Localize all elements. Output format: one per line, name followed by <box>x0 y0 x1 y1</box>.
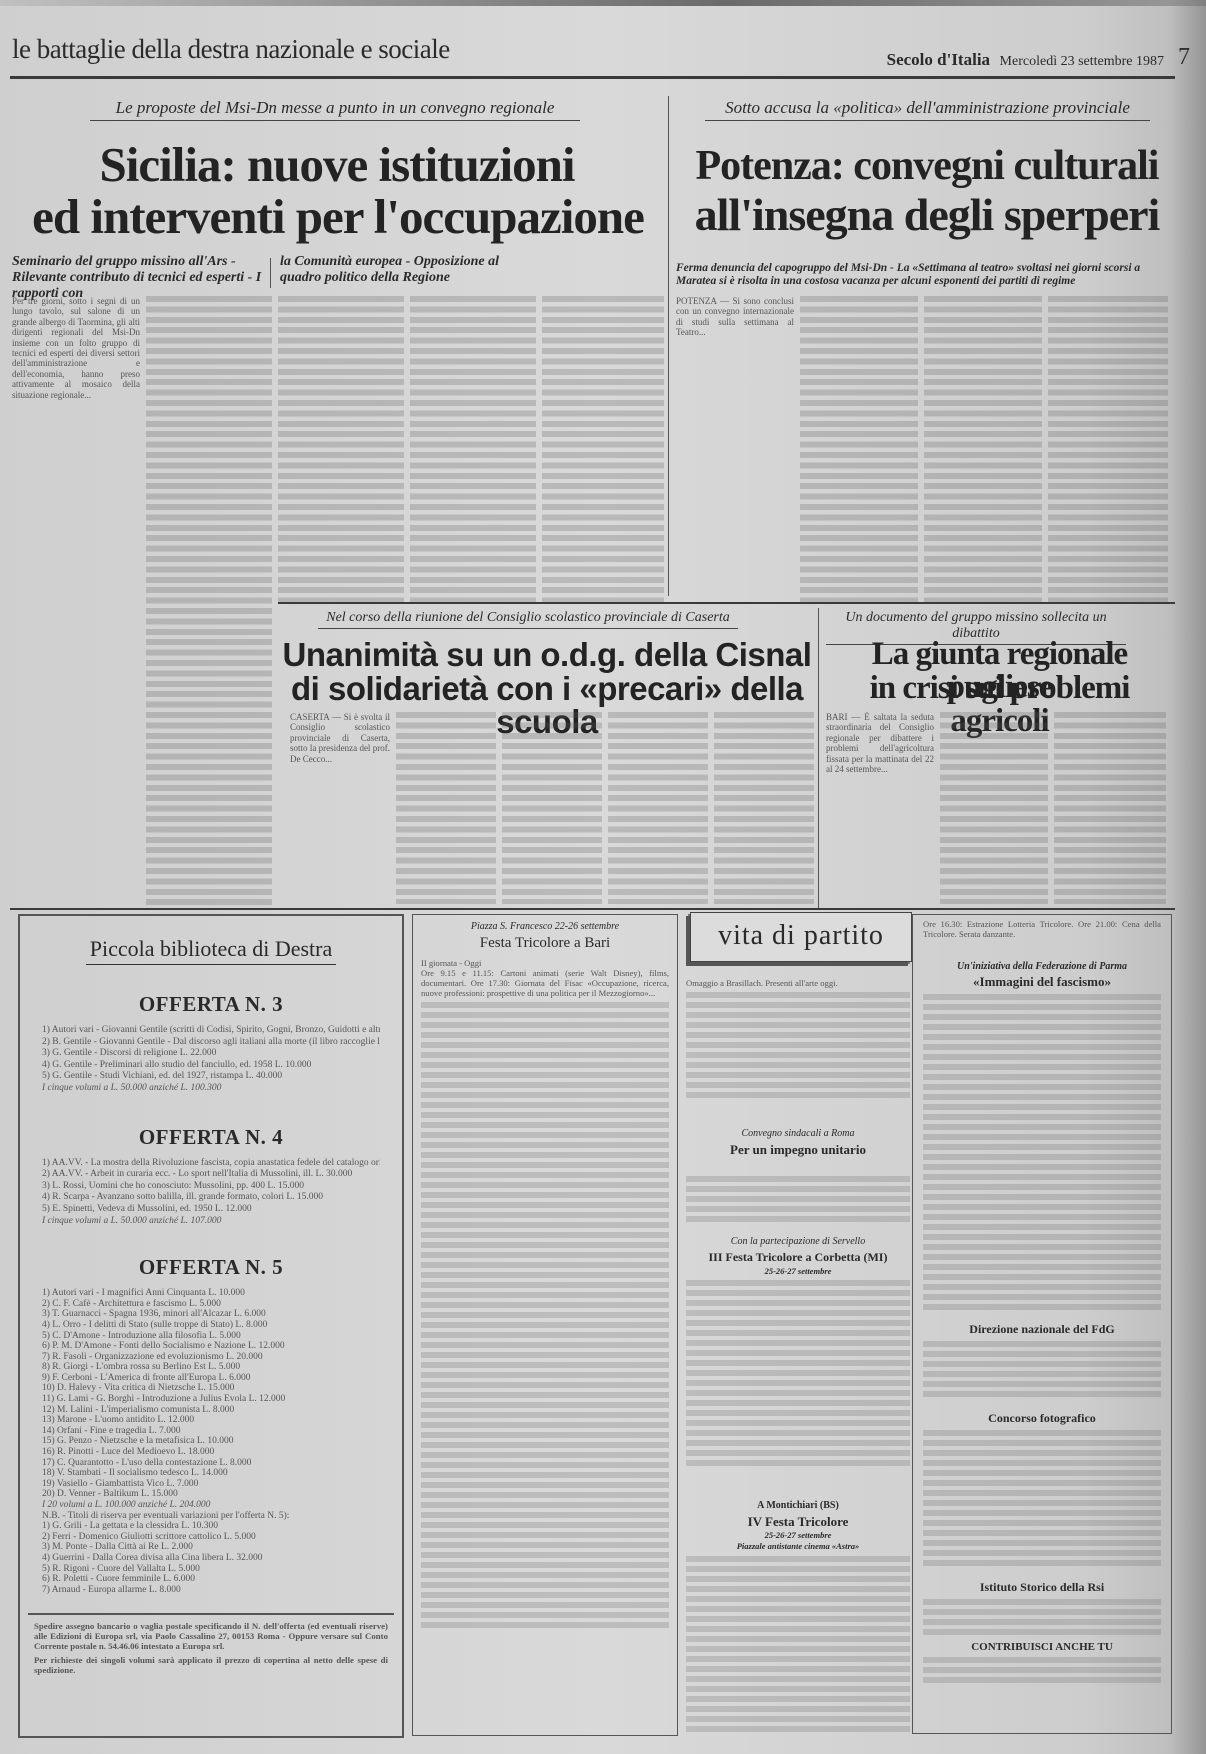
page-edge-shadow <box>1170 0 1206 1754</box>
vdp-notice-body <box>686 992 910 1102</box>
potenza-body-col-1: POTENZA — Si sono conclusi con un conveg… <box>676 296 794 606</box>
festa-bari-day-1: II giornata - Oggi <box>413 958 677 968</box>
corbetta-body <box>686 1280 910 1470</box>
istituto-body <box>923 1599 1161 1635</box>
potenza-headline-1: Potenza: convegni culturali <box>672 145 1182 187</box>
offer-3-item: 4) G. Gentile - Preliminari allo studio … <box>42 1060 380 1072</box>
offer-4-item: 1) AA.VV. - La mostra della Rivoluzione … <box>42 1158 380 1170</box>
biblioteca-title: Piccola biblioteca di Destra <box>86 936 337 965</box>
offer-5-item: 4) L. Orro - I delitti di Stato (sulle t… <box>42 1320 380 1331</box>
offer-5-item: 16) R. Pinotti - Luce del Medioevo L. 18… <box>42 1447 380 1458</box>
offer-5-item: 15) G. Penzo - Nietzsche e la metafisica… <box>42 1436 380 1447</box>
right-top-lines: Ore 16.30: Estrazione Lotteria Tricolore… <box>913 915 1171 943</box>
festa-bari-title: Festa Tricolore a Bari <box>413 935 677 952</box>
offer-4-item: 3) L. Rossi, Uomini che ho conosciuto: M… <box>42 1181 380 1193</box>
sicilia-body-col-5 <box>542 296 664 606</box>
contribuisci-title: CONTRIBUISCI ANCHE TU <box>913 1641 1171 1653</box>
offer-5-item: 8) R. Giorgi - L'ombra rossa su Berlino … <box>42 1362 380 1373</box>
puglia-body-col-1: BARI — È saltata la seduta straordinaria… <box>826 712 934 904</box>
parma-kicker: Un'iniziativa della Federazione di Parma <box>913 961 1171 972</box>
offer-5: OFFERTA N. 5 1) Autori vari - I magnific… <box>20 1255 402 1595</box>
vdp-notice: Omaggio a Brasillach. Presenti all'arte … <box>686 978 910 988</box>
offer-3: OFFERTA N. 3 1) Autori vari - Giovanni G… <box>20 992 402 1095</box>
corbetta-kicker: Con la partecipazione di Servello <box>686 1236 910 1247</box>
potenza-body-col-4 <box>1048 296 1168 606</box>
sicilia-headline-2: ed interventi per l'occupazione <box>8 192 668 241</box>
offer-5-item: 12) M. Lalini - L'imperialismo comunista… <box>42 1405 380 1416</box>
caserta-body-col-5 <box>714 712 814 904</box>
offer-5-item: 10) D. Halevy - Vita critica di Nietzsch… <box>42 1383 380 1394</box>
newspaper-name: Secolo d'Italia <box>887 50 990 69</box>
offer-3-item: 2) B. Gentile - Giovanni Gentile - Dal d… <box>42 1037 380 1049</box>
page-top-edge <box>0 0 1206 6</box>
offer-5-title: OFFERTA N. 5 <box>20 1255 402 1280</box>
masthead-rule <box>10 76 1175 79</box>
contribuisci-body <box>923 1657 1161 1687</box>
bonus-item: 6) R. Poletti - Cuore femminile L. 6.000 <box>42 1574 380 1585</box>
sicilia-body-col-1: Per tre giorni, sotto i segni di un lung… <box>12 296 140 906</box>
offer-4: OFFERTA N. 4 1) AA.VV. - La mostra della… <box>20 1125 402 1228</box>
bonus-intro: N.B. - Titoli di riserva per eventuali v… <box>42 1511 380 1522</box>
sicilia-deck-left: Seminario del gruppo missino all'Ars - R… <box>12 254 267 302</box>
offer-5-item: 9) F. Cerboni - L'America di fronte all'… <box>42 1373 380 1384</box>
montichiari-title: IV Festa Tricolore <box>686 1514 910 1530</box>
festa-bari-box: Piazza S. Francesco 22-26 settembre Fest… <box>412 914 678 1736</box>
concorso-title: Concorso fotografico <box>913 1411 1171 1426</box>
caserta-kicker: Nel corso della riunione del Consiglio s… <box>318 610 738 629</box>
right-notices-box: Ore 16.30: Estrazione Lotteria Tricolore… <box>912 914 1172 1734</box>
bonus-item: 5) R. Rigoni - Cuore del Vallalta L. 5.0… <box>42 1564 380 1575</box>
sicilia-headline-1: Sicilia: nuove istituzioni <box>12 140 662 189</box>
order-note: Per richieste dei singoli volumi sarà ap… <box>20 1651 402 1675</box>
festa-bari-program <box>421 1002 669 1632</box>
offer-3-item: 1) Autori vari - Giovanni Gentile (scrit… <box>42 1025 380 1037</box>
offer-5-item: 2) C. F. Cafè - Architettura e fascismo … <box>42 1299 380 1310</box>
column-divider <box>668 96 669 596</box>
bonus-item: 1) G. Grili - La gettata e la clessidra … <box>42 1521 380 1532</box>
offer-5-item: 5) C. D'Amone - Introduzione alla filoso… <box>42 1331 380 1342</box>
offer-3-list: 1) Autori vari - Giovanni Gentile (scrit… <box>20 1025 402 1095</box>
sicilia-body-col-3 <box>278 296 404 606</box>
bonus-item: 3) M. Ponte - Dalla Città ai Re L. 2.000 <box>42 1542 380 1553</box>
offer-4-item: 2) AA.VV. - Arbeit in curaria ecc. - Lo … <box>42 1169 380 1181</box>
puglia-body-col-2 <box>940 712 1048 904</box>
offer-3-title: OFFERTA N. 3 <box>20 992 402 1017</box>
offer-3-item: 3) G. Gentile - Discorsi di religione L.… <box>42 1048 380 1060</box>
offer-5-item: 1) Autori vari - I magnifici Anni Cinqua… <box>42 1288 380 1299</box>
montichiari-venue: Piazzale antistante cinema «Astra» <box>686 1541 910 1551</box>
fdg-body <box>923 1341 1161 1401</box>
potenza-deck: Ferma denuncia del capogruppo del Msi-Dn… <box>676 262 1176 288</box>
biblioteca-box: Piccola biblioteca di Destra OFFERTA N. … <box>18 914 404 1738</box>
masthead-right: Secolo d'Italia Mercoledì 23 settembre 1… <box>887 50 1164 70</box>
bonus-item: 4) Guerrini - Dalla Corea divisa alla Ci… <box>42 1553 380 1564</box>
offer-5-item: 20) D. Venner - Baltikum L. 15.000 <box>42 1489 380 1500</box>
convegno-kicker: Convegno sindacali a Roma <box>686 1128 910 1139</box>
potenza-kicker: Sotto accusa la «politica» dell'amminist… <box>705 98 1150 121</box>
potenza-headline-2: all'insegna degli sperperi <box>672 192 1182 238</box>
deck-divider <box>270 258 271 288</box>
caserta-body-col-2 <box>396 712 496 904</box>
offer-4-list: 1) AA.VV. - La mostra della Rivoluzione … <box>20 1158 402 1228</box>
offer-5-list: 1) Autori vari - I magnifici Anni Cinqua… <box>20 1288 402 1595</box>
concorso-body <box>923 1430 1161 1570</box>
sicilia-body-col-4 <box>410 296 536 606</box>
caserta-body-col-4 <box>608 712 708 904</box>
offer-5-item: 14) Orfani - Fine e tragedia L. 7.000 <box>42 1426 380 1437</box>
offer-5-item: 13) Marone - L'uomo antidito L. 12.000 <box>42 1415 380 1426</box>
offer-4-item: 5) E. Spinetti, Vedeva di Mussolini, ed.… <box>42 1204 380 1216</box>
montichiari-body <box>686 1556 910 1732</box>
caserta-headline-1: Unanimità su un o.d.g. della Cisnal <box>282 638 812 671</box>
vita-di-partito-banner: vita di partito <box>690 912 912 962</box>
offer-3-item: 5) G. Gentile - Studi Vichiani, ed. del … <box>42 1071 380 1083</box>
potenza-body-col-3 <box>924 296 1042 606</box>
offer-5-item: 11) G. Lami - G. Borghi - Introduzione a… <box>42 1394 380 1405</box>
bonus-item: 7) Arnaud - Europa allarme L. 8.000 <box>42 1585 380 1596</box>
sicilia-kicker: Le proposte del Msi-Dn messe a punto in … <box>90 98 580 121</box>
convegno-title: Per un impegno unitario <box>686 1142 910 1157</box>
offer-5-item: 3) T. Guarnacci - Spagna 1936, minori al… <box>42 1309 380 1320</box>
montichiari-dates: 25-26-27 settembre <box>686 1530 910 1540</box>
offer-5-item: 18) V. Stambati - Il socialismo tedesco … <box>42 1468 380 1479</box>
offer-5-item: 7) R. Fasoli - Organizzazione ed evoluzi… <box>42 1352 380 1363</box>
parma-title: «Immagini del fascismo» <box>913 974 1171 990</box>
istituto-title: Istituto Storico della Rsi <box>913 1580 1171 1595</box>
sicilia-body-col-2 <box>146 296 272 906</box>
festa-bari-kicker: Piazza S. Francesco 22-26 settembre <box>413 921 677 932</box>
puglia-body-col-3 <box>1054 712 1166 904</box>
issue-date: Mercoledì 23 settembre 1987 <box>1000 54 1164 69</box>
festa-bari-body: Ore 9.15 e 11.15: Cartoni animati (serie… <box>413 968 677 998</box>
offer-5-item: 6) P. M. D'Amone - Fonti dello Socialism… <box>42 1341 380 1352</box>
offer-3-total: I cinque volumi a L. 50.000 anziché L. 1… <box>42 1083 380 1095</box>
fdg-title: Direzione nazionale del FdG <box>913 1322 1171 1337</box>
corbetta-dates: 25-26-27 settembre <box>686 1266 910 1276</box>
mid-rule <box>278 602 1175 604</box>
vita-di-partito-title: vita di partito <box>691 913 911 959</box>
section-title: le battaglie della destra nazionale e so… <box>12 34 450 65</box>
order-instructions: Spedire assegno bancario o vaglia postal… <box>20 1621 402 1651</box>
newspaper-page: le battaglie della destra nazionale e so… <box>0 0 1206 1754</box>
offer-5-total: I 20 volumi a L. 100.000 anziché L. 204.… <box>42 1500 380 1511</box>
offer-5-item: 17) C. Quarantotto - L'uso della contest… <box>42 1458 380 1469</box>
bonus-item: 2) Ferri - Domenico Giuliotti scrittore … <box>42 1532 380 1543</box>
lower-rule <box>10 908 1175 910</box>
convegno-body <box>686 1176 910 1226</box>
parma-body <box>923 994 1161 1312</box>
column-divider-2 <box>818 608 819 908</box>
offer-4-title: OFFERTA N. 4 <box>20 1125 402 1150</box>
offer-5-item: 19) Vasiello - Giambattista Vico L. 7.00… <box>42 1479 380 1490</box>
sicilia-deck-right: la Comunità europea - Opposizione al qua… <box>280 254 540 286</box>
offer-4-item: 4) R. Scarpa - Avanzano sotto balilla, i… <box>42 1192 380 1204</box>
corbetta-title: III Festa Tricolore a Corbetta (MI) <box>686 1250 910 1265</box>
potenza-body-col-2 <box>800 296 918 606</box>
offer-4-total: I cinque volumi a L. 50.000 anziché L. 1… <box>42 1216 380 1228</box>
montichiari-kicker: A Montichiari (BS) <box>686 1500 910 1511</box>
caserta-body-col-3 <box>502 712 602 904</box>
biblioteca-header: Piccola biblioteca di Destra <box>20 936 402 962</box>
caserta-body-col-1: CASERTA — Si è svolta il Consiglio scola… <box>290 712 390 904</box>
